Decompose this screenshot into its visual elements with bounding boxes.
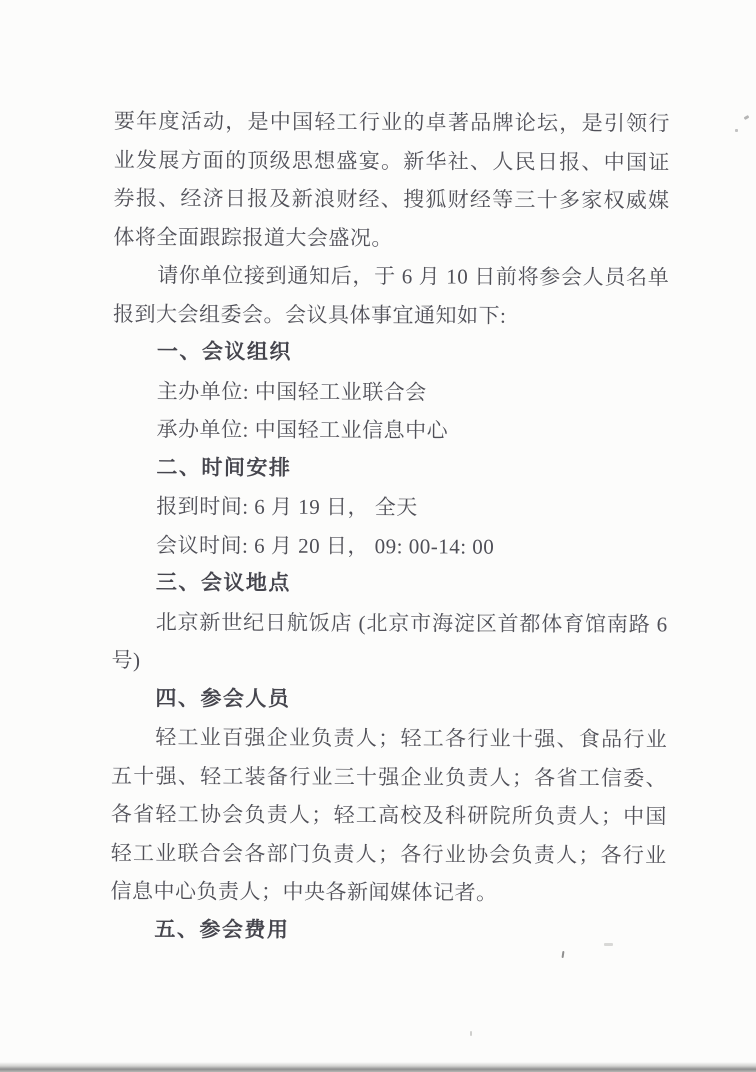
scan-artifact-bottom-edge [0,1062,756,1072]
line-checkin-time: 报到时间: 6 月 19 日， 全天 [112,487,668,528]
paragraph-venue-address: 北京新世纪日航饭店 (北京市海淀区首都体育馆南路 6号) [111,602,667,681]
heading-1-meeting-organization: 一、会议组织 [113,333,669,374]
paragraph-forum-media-intro: 要年度活动，是中国轻工行业的卓著品牌论坛，是引领行业发展方面的顶级思想盛宴。新华… [113,102,670,258]
scanned-document-page: 要年度活动，是中国轻工行业的卓著品牌论坛，是引领行业发展方面的顶级思想盛宴。新华… [0,0,756,1072]
scan-speck [744,115,750,120]
line-co-organizer: 承办单位: 中国轻工业信息中心 [112,410,668,451]
scan-speck [470,1031,472,1036]
heading-2-schedule: 二、时间安排 [112,448,668,489]
scan-speck [562,951,565,958]
heading-3-venue: 三、会议地点 [112,564,668,605]
paragraph-participants-list: 轻工业百强企业负责人；轻工各行业十强、食品行业五十强、轻工装备行业三十强企业负责… [110,718,667,913]
document-text-block: 要年度活动，是中国轻工行业的卓著品牌论坛，是引领行业发展方面的顶级思想盛宴。新华… [110,102,670,951]
scan-speck [735,129,738,132]
heading-4-participants: 四、参会人员 [111,679,667,720]
paragraph-registration-notice: 请你单位接到通知后，于 6 月 10 日前将参会人员名单报到大会组委会。会议具体… [113,256,669,335]
line-host-organizer: 主办单位: 中国轻工业联合会 [113,371,669,412]
line-meeting-time: 会议时间: 6 月 20 日， 09: 00-14: 00 [112,525,668,566]
heading-5-fees: 五、参会费用 [110,910,666,951]
scan-speck [604,943,613,946]
